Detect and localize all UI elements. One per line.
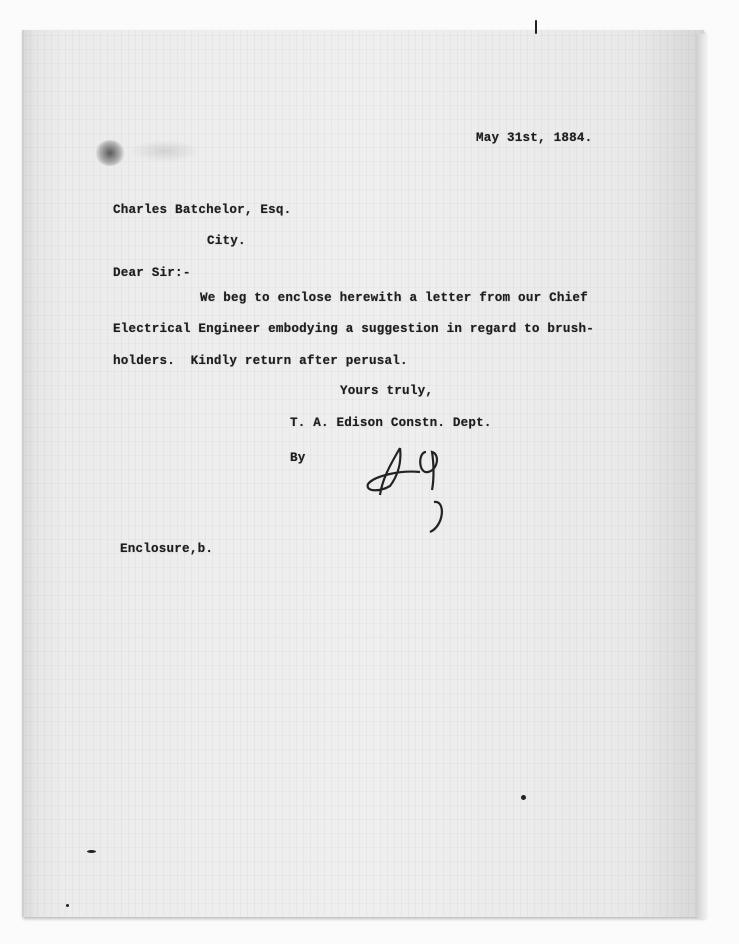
page-edge bbox=[696, 34, 708, 919]
by-label: By bbox=[290, 451, 306, 465]
body-line-1: We beg to enclose herewith a letter from… bbox=[200, 291, 588, 305]
ink-speck bbox=[535, 20, 537, 34]
ink-smudge bbox=[95, 140, 125, 166]
signatory: T. A. Edison Constn. Dept. bbox=[290, 416, 492, 430]
ink-speck bbox=[521, 795, 526, 800]
body-line-3: holders. Kindly return after perusal. bbox=[113, 354, 408, 368]
ink-speck bbox=[87, 850, 96, 853]
recipient-name: Charles Batchelor, Esq. bbox=[113, 203, 291, 217]
ink-speck bbox=[66, 904, 69, 907]
enclosure-note: Enclosure,b. bbox=[120, 542, 213, 556]
ink-smudge bbox=[130, 140, 200, 162]
letter-date: May 31st, 1884. bbox=[476, 131, 592, 145]
salutation: Dear Sir:- bbox=[113, 266, 191, 280]
recipient-city: City. bbox=[207, 234, 246, 248]
handwritten-signature bbox=[360, 440, 460, 535]
closing: Yours truly, bbox=[340, 384, 433, 398]
body-line-2: Electrical Engineer embodying a suggesti… bbox=[113, 322, 594, 336]
